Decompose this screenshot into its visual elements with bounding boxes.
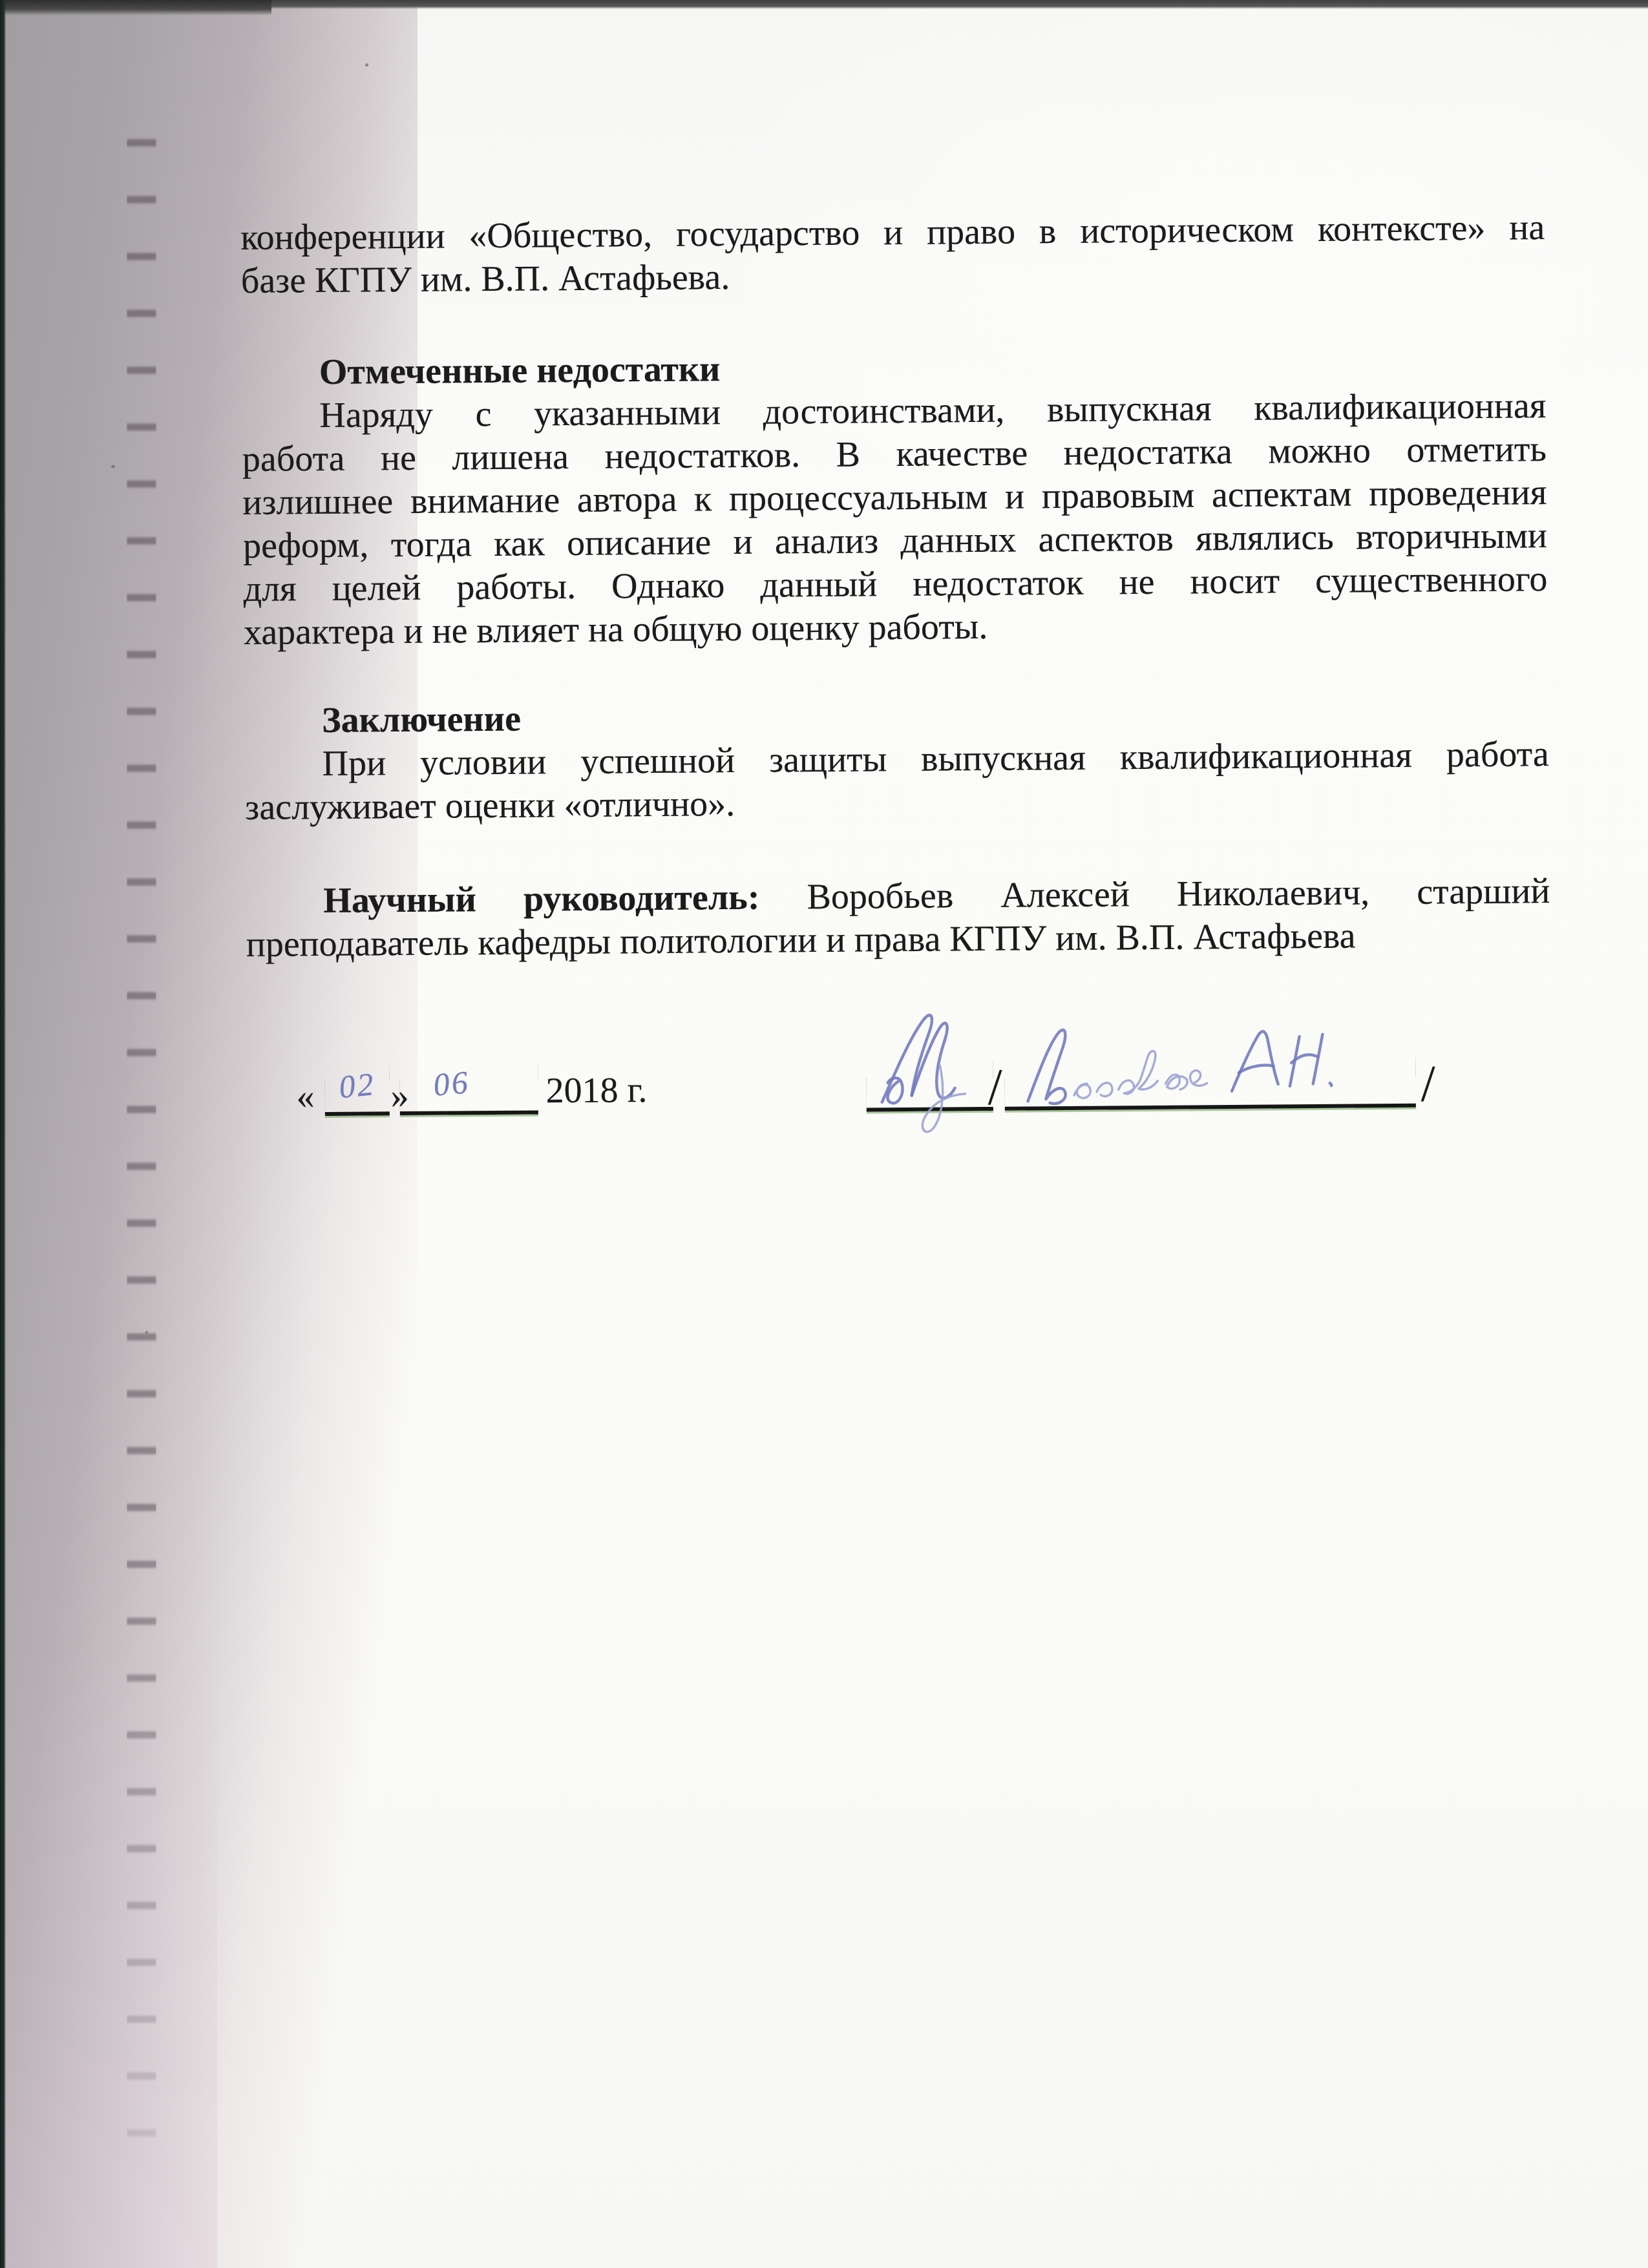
year-label: 2018 г.: [545, 1069, 647, 1111]
date-and-signature-row: « 02 » 06 2018 г. /: [247, 1053, 1552, 1117]
signature-line-left: [866, 1059, 993, 1112]
dust-speck: [111, 465, 115, 468]
supervisor-label: Научный руководитель:: [323, 877, 760, 921]
paragraph-supervisor: Научный руководитель: Воробьев Алексей Н…: [246, 870, 1550, 967]
scanned-document-page: конференции «Общество, государство и пра…: [0, 0, 1648, 2268]
paragraph-conference: конференции «Общество, государство и пра…: [240, 206, 1545, 303]
dust-speck: [365, 63, 368, 67]
dust-speck: [145, 1331, 148, 1334]
document-text-block: конференции «Общество, государство и пра…: [240, 206, 1552, 1117]
handwritten-day: 02: [337, 1067, 376, 1103]
paragraph-flaws: Наряду с указанными достоинствами, выпус…: [242, 384, 1548, 655]
date-month-blank: 06: [399, 1062, 538, 1115]
open-guillemet: «: [296, 1077, 314, 1116]
supervisor-name-text: Воробьев Алексей Николаевич, старший: [759, 871, 1550, 918]
supervisor-signature-vorobyev: [1009, 1009, 1407, 1122]
page-edge-marks: [127, 90, 156, 2145]
scanner-left-edge: [0, 0, 6, 2268]
separator-slash-end: /: [1421, 1058, 1435, 1110]
date-day-blank: 02: [324, 1064, 390, 1116]
scanner-top-edge-left: [0, 0, 271, 16]
paragraph-conclusion: При условии успешной защиты выпускная кв…: [244, 733, 1549, 830]
handwritten-month: 06: [432, 1066, 470, 1101]
binding-shadow-tint: [4, 1428, 217, 2268]
signature-line-right: [1004, 1056, 1416, 1111]
separator-slash: /: [988, 1062, 1002, 1113]
